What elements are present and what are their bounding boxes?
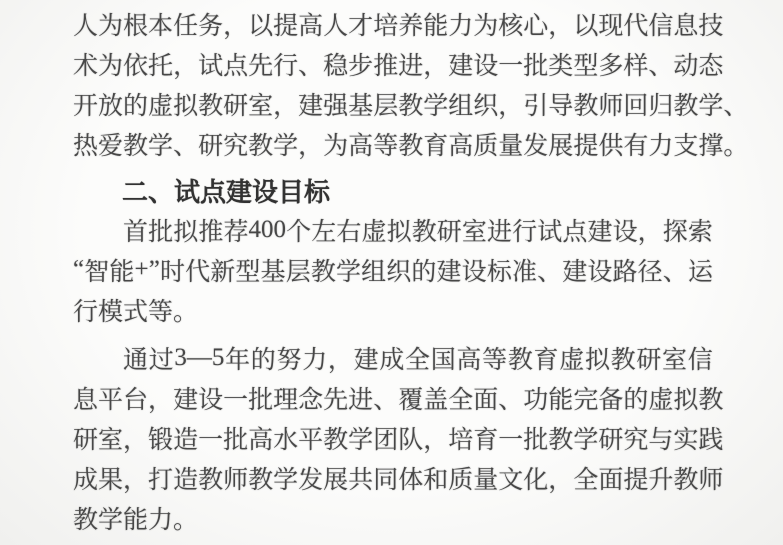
text-line: 研室，锻造一批高水平教学团队，培育一批教学研究与实践: [73, 418, 713, 458]
text-line: 教学能力。: [73, 498, 713, 538]
section-heading-row: 二、试点建设目标: [73, 170, 713, 210]
text-line: 行模式等。: [73, 290, 713, 330]
text-line: “智能+”时代新型基层教学组织的建设标准、建设路径、运: [73, 250, 713, 290]
document-page: 人为根本任务，以提高人才培养能力为核心，以现代信息技 术为依托，试点先行、稳步推…: [0, 0, 783, 545]
text-line: 首批拟推荐400个左右虚拟教研室进行试点建设，探索: [73, 210, 713, 250]
text-line: 术为依托，试点先行、稳步推进，建设一批类型多样、动态: [73, 44, 713, 84]
text-line: 开放的虚拟教研室，建强基层教学组织，引导教师回归教学、: [73, 84, 713, 124]
text-line: 成果，打造教师教学发展共同体和质量文化，全面提升教师: [73, 458, 713, 498]
text-line: 热爱教学、研究教学，为高等教育高质量发展提供有力支撑。: [73, 124, 713, 164]
paragraph: 人为根本任务，以提高人才培养能力为核心，以现代信息技 术为依托，试点先行、稳步推…: [73, 4, 713, 164]
section-heading: 二、试点建设目标: [73, 170, 713, 210]
text-line: 人为根本任务，以提高人才培养能力为核心，以现代信息技: [73, 4, 713, 44]
text-line: 通过3—5年的努力，建成全国高等教育虚拟教研室信: [73, 338, 713, 378]
text-line: 息平台，建设一批理念先进、覆盖全面、功能完备的虚拟教: [73, 378, 713, 418]
paragraph: 首批拟推荐400个左右虚拟教研室进行试点建设，探索 “智能+”时代新型基层教学组…: [73, 210, 713, 330]
paragraph: 通过3—5年的努力，建成全国高等教育虚拟教研室信 息平台，建设一批理念先进、覆盖…: [73, 338, 713, 538]
document-text-block: 人为根本任务，以提高人才培养能力为核心，以现代信息技 术为依托，试点先行、稳步推…: [73, 4, 713, 538]
